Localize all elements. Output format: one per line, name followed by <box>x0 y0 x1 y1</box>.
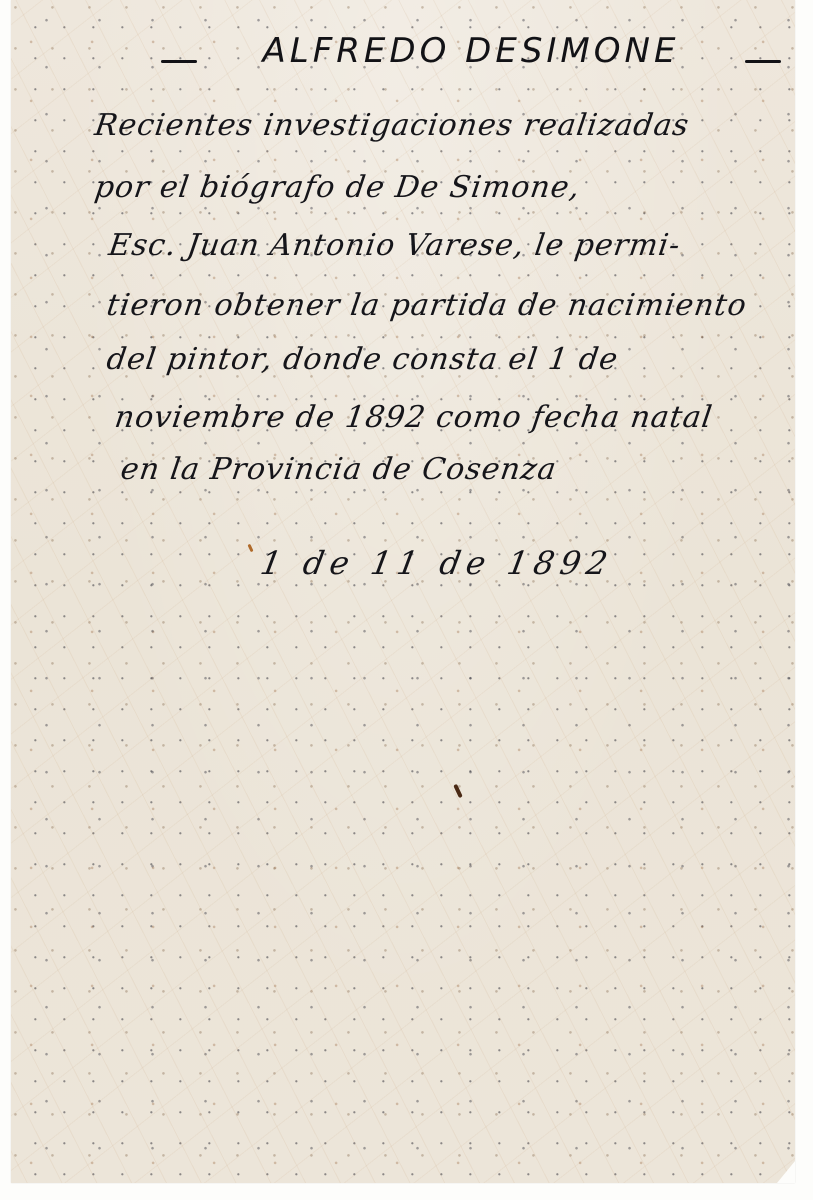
body-line-3: Esc. Juan Antonio Varese, le permi- <box>107 228 683 263</box>
body-line-1: Recientes investigaciones realizadas <box>93 108 692 143</box>
body-line-6: noviembre de 1892 como fecha natal <box>113 400 715 435</box>
body-line-2: por el biógrafo de De Simone, <box>93 170 583 205</box>
heading-title: ALFREDO DESIMONE <box>263 31 680 71</box>
heading-right-dash <box>745 60 781 63</box>
date-line: 1 de 11 de 1892 <box>258 544 617 582</box>
body-line-4: tieron obtener la partida de nacimiento <box>105 288 750 323</box>
paper-corner-fold <box>777 1161 795 1183</box>
body-line-5: del pintor, donde consta el 1 de <box>105 342 621 377</box>
heading-left-dash <box>161 60 197 63</box>
body-line-7: en la Provincia de Cosenza <box>119 452 559 487</box>
paper-sheet: ALFREDO DESIMONE Recientes investigacion… <box>11 0 795 1183</box>
document-heading: ALFREDO DESIMONE <box>161 26 781 76</box>
